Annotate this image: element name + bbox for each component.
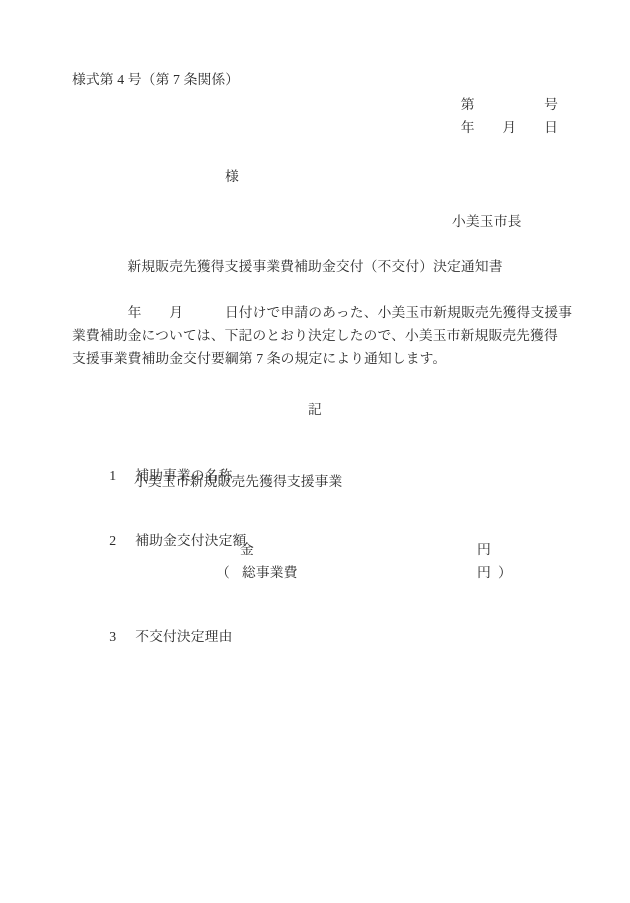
item-row-3: 3不交付決定理由: [95, 611, 232, 662]
paragraph-line: 業費補助金については、下記のとおり決定したので、小美玉市新規販売先獲得: [72, 327, 558, 344]
document-page: 様式第 4 号（第 7 条関係） 第 号 年 月 日 様 小美玉市長 新規販売先…: [0, 0, 630, 903]
document-title: 新規販売先獲得支援事業費補助金交付（不交付）決定通知書: [0, 258, 630, 275]
item-number: 3: [109, 629, 116, 644]
total-close-paren: ）: [498, 564, 512, 581]
amount-unit: 円: [477, 541, 491, 558]
sender-name: 小美玉市長: [452, 213, 521, 230]
item-number: 2: [109, 533, 116, 548]
record-marker: 記: [0, 401, 630, 418]
paragraph-line: 支援事業費補助金交付要綱第 7 条の規定により通知します。: [72, 350, 446, 367]
doc-number-line: 第 号: [461, 96, 558, 113]
total-unit: 円: [477, 564, 491, 581]
item-number: 1: [109, 468, 116, 483]
total-label: 総事業費: [242, 564, 298, 581]
item-row-2: 2補助金交付決定額: [95, 515, 246, 566]
form-label: 様式第 4 号（第 7 条関係）: [72, 71, 239, 88]
total-open-paren: （: [216, 564, 230, 581]
paragraph-line: 年 月 日付けで申請のあった、小美玉市新規販売先獲得支援事: [72, 304, 572, 321]
amount-prefix: 金: [240, 541, 254, 558]
item-label: 補助金交付決定額: [135, 533, 246, 548]
item-1-value: 小美玉市新規販売先獲得支援事業: [134, 473, 342, 490]
date-line: 年 月 日: [461, 119, 558, 136]
addressee-suffix: 様: [225, 168, 239, 185]
item-label: 不交付決定理由: [135, 629, 232, 644]
